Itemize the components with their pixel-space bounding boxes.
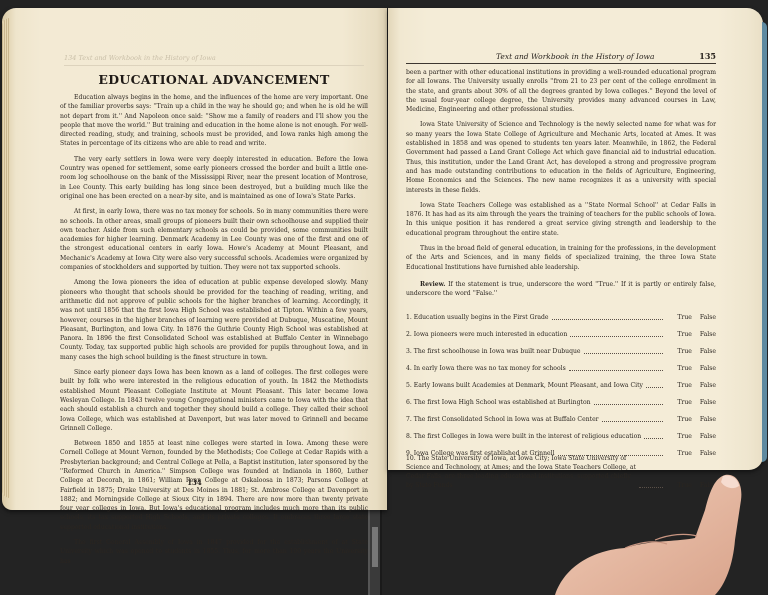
paragraph: The very early settlers in Iowa were ver…	[60, 155, 368, 201]
right-running-head: Text and Workbook in the History of Iowa…	[406, 50, 716, 64]
item-text: The first Iowa High School was establish…	[414, 399, 591, 406]
paragraph: Iowa State Teachers College was establis…	[406, 201, 716, 238]
review-label: Review.	[420, 281, 445, 288]
paragraph: Since early pioneer days Iowa has been k…	[60, 368, 368, 433]
true-option: True	[677, 432, 692, 441]
left-running-head: 134 Text and Workbook in the History of …	[64, 54, 364, 66]
true-option: True	[677, 415, 692, 424]
item-number: 2.	[406, 331, 412, 338]
false-option: False	[700, 347, 716, 356]
item-text: Early Iowans built Academies at Denmark,…	[414, 382, 643, 389]
review-item: 2. Iowa pioneers were much interested in…	[406, 322, 716, 339]
leader-dots	[552, 319, 664, 320]
review-list: 1. Education usually begins in the First…	[406, 305, 716, 490]
leader-dots	[569, 370, 663, 371]
false-option: False	[700, 449, 716, 458]
item-number: 10.	[406, 455, 416, 462]
page-number: 134	[2, 478, 387, 487]
item-text: The first schoolhouse in Iowa was built …	[414, 348, 581, 355]
paragraph: been a partner with other educational in…	[406, 68, 716, 114]
false-option: False	[700, 398, 716, 407]
item-text: In early Iowa there was no tax money for…	[414, 365, 566, 372]
review-item: 6. The first Iowa High School was establ…	[406, 390, 716, 407]
left-page-content: EDUCATIONAL ADVANCEMENT Education always…	[60, 68, 368, 572]
true-option: True	[677, 398, 692, 407]
false-option: False	[700, 381, 716, 390]
paragraph: Among the Iowa pioneers the idea of educ…	[60, 278, 368, 362]
true-option: True	[677, 364, 692, 373]
true-option: True	[677, 381, 692, 390]
paragraph: Thus in the broad field of general educa…	[406, 244, 716, 272]
paragraph: The first General Assembly of Iowa in 18…	[60, 538, 368, 566]
item-text: Education usually begins in the First Gr…	[414, 314, 549, 321]
paragraph: Iowa State University of Science and Tec…	[406, 120, 716, 194]
leader-dots	[644, 438, 663, 439]
leader-dots	[602, 421, 663, 422]
true-option: True	[677, 449, 692, 458]
leader-dots	[584, 353, 663, 354]
review-item: 1. Education usually begins in the First…	[406, 305, 716, 322]
review-instructions-text: If the statement is true, underscore the…	[406, 281, 716, 297]
right-page-content: been a partner with other educational in…	[406, 68, 716, 490]
item-text: The first Colleges in Iowa were built in…	[414, 433, 641, 440]
paragraph: Education always begins in the home, and…	[60, 93, 368, 149]
false-option: False	[700, 330, 716, 339]
review-instructions: Review. If the statement is true, unders…	[406, 280, 716, 299]
review-item: 8. The first Colleges in Iowa were built…	[406, 424, 716, 441]
true-option: True	[677, 313, 692, 322]
leader-dots	[646, 387, 663, 388]
item-number: 3.	[406, 348, 412, 355]
binding-strap	[368, 505, 382, 595]
false-option: False	[700, 364, 716, 373]
item-number: 4.	[406, 365, 412, 372]
leader-dots	[594, 404, 663, 405]
review-item: 7. The first Consolidated School in Iowa…	[406, 407, 716, 424]
false-option: False	[700, 432, 716, 441]
false-option: False	[700, 415, 716, 424]
item-text: The first Consolidated School in Iowa wa…	[414, 416, 599, 423]
true-option: True	[677, 347, 692, 356]
review-item: 4. In early Iowa there was no tax money …	[406, 356, 716, 373]
item-number: 1.	[406, 314, 412, 321]
item-number: 5.	[406, 382, 412, 389]
hand-image	[555, 470, 768, 595]
page-number: 135	[699, 51, 716, 61]
leader-dots	[570, 336, 663, 337]
left-page: 134 Text and Workbook in the History of …	[2, 8, 387, 510]
review-item: 3. The first schoolhouse in Iowa was bui…	[406, 339, 716, 356]
review-item: 5. Early Iowans built Academies at Denma…	[406, 373, 716, 390]
item-number: 7.	[406, 416, 412, 423]
running-head-title: Text and Workbook in the History of Iowa	[496, 52, 654, 61]
true-option: True	[677, 330, 692, 339]
right-page: Text and Workbook in the History of Iowa…	[388, 8, 763, 470]
book-photo: 134 Text and Workbook in the History of …	[0, 0, 768, 595]
item-text: Iowa pioneers were much interested in ed…	[414, 331, 568, 338]
item-number: 8.	[406, 433, 412, 440]
false-option: False	[700, 313, 716, 322]
paragraph: At first, in early Iowa, there was no ta…	[60, 207, 368, 272]
item-number: 6.	[406, 399, 412, 406]
chapter-title: EDUCATIONAL ADVANCEMENT	[60, 72, 368, 87]
